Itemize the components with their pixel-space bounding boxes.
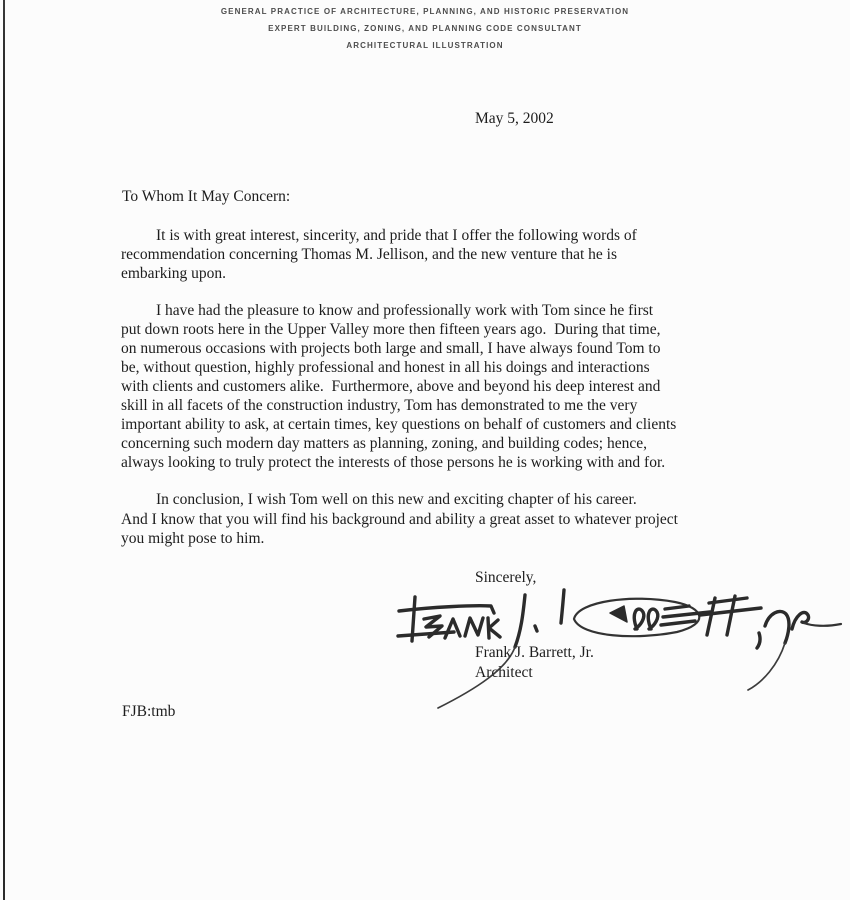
body-line: concerning such modern day matters as pl… (121, 434, 676, 453)
scan-edge-artifact (3, 0, 5, 900)
body-line: I have had the pleasure to know and prof… (121, 301, 676, 320)
body-line: And I know that you will find his backgr… (121, 510, 678, 530)
letter-page: GENERAL PRACTICE OF ARCHITECTURE, PLANNI… (0, 0, 850, 900)
body-line: you might pose to him. (121, 529, 678, 549)
body-line: with clients and customers alike. Furthe… (121, 377, 676, 396)
signature-ink (388, 583, 848, 718)
letterhead-line-1: GENERAL PRACTICE OF ARCHITECTURE, PLANNI… (0, 3, 850, 20)
body-line: put down roots here in the Upper Valley … (121, 320, 676, 339)
body-line: important ability to ask, at certain tim… (121, 415, 676, 434)
body-line: on numerous occasions with projects both… (121, 339, 676, 358)
date: May 5, 2002 (475, 110, 554, 128)
paragraph-1: It is with great interest, sincerity, an… (121, 226, 637, 283)
paragraph-3: In conclusion, I wish Tom well on this n… (121, 490, 678, 549)
typist-initials: FJB:tmb (122, 703, 175, 721)
paragraph-2: I have had the pleasure to know and prof… (121, 301, 676, 472)
body-line: skill in all facets of the construction … (121, 396, 676, 415)
body-line: embarking upon. (121, 264, 637, 283)
body-line: be, without question, highly professiona… (121, 358, 676, 377)
letterhead-line-3: ARCHITECTURAL ILLUSTRATION (0, 37, 850, 54)
letterhead-line-2: EXPERT BUILDING, ZONING, AND PLANNING CO… (0, 20, 850, 37)
body-line: In conclusion, I wish Tom well on this n… (121, 490, 678, 510)
body-line: It is with great interest, sincerity, an… (121, 226, 637, 245)
signature-scribble (388, 583, 848, 718)
body-line: always looking to truly protect the inte… (121, 453, 676, 472)
body-line: recommendation concerning Thomas M. Jell… (121, 245, 637, 264)
letterhead: GENERAL PRACTICE OF ARCHITECTURE, PLANNI… (0, 3, 850, 54)
salutation: To Whom It May Concern: (122, 188, 290, 206)
